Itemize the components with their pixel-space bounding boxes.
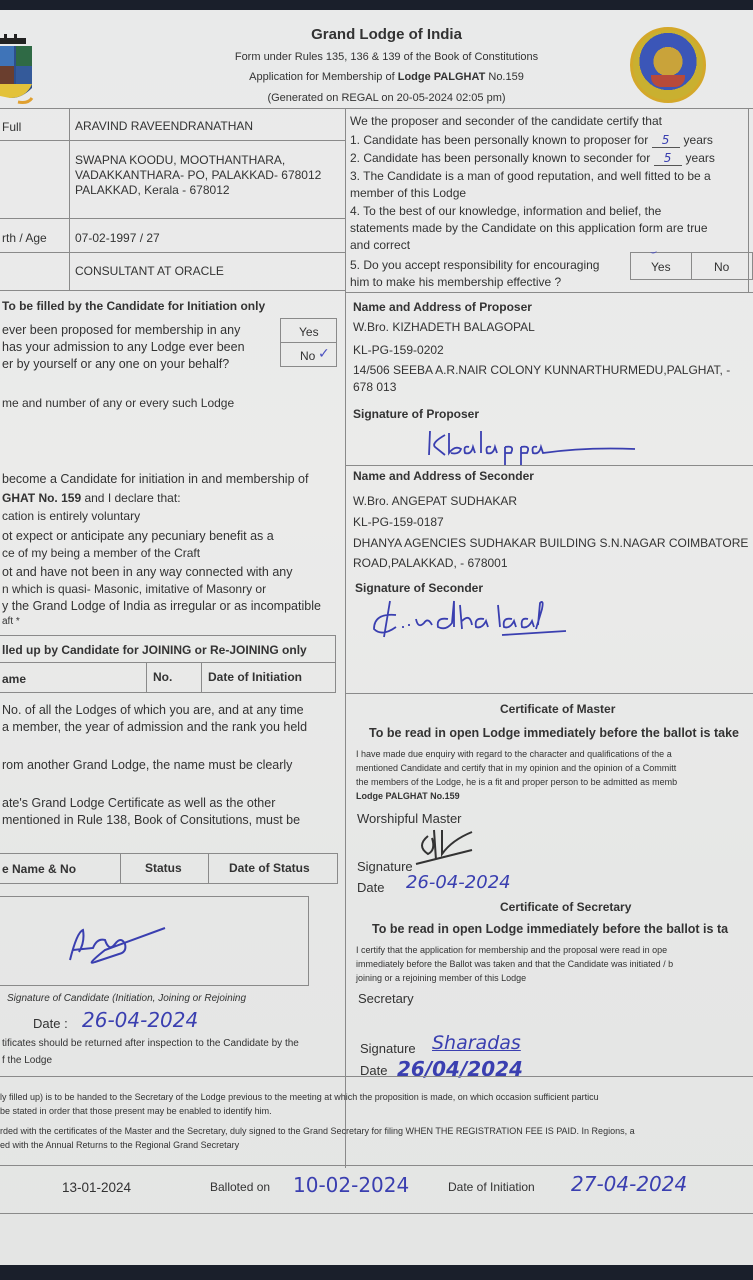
status-col-status: Status xyxy=(145,861,182,875)
seconder-years-value: 5 xyxy=(654,151,682,166)
candidate-address-3: PALAKKAD, Kerala - 678012 xyxy=(75,183,230,197)
master-cert-body-b: mentioned Candidate and certify that in … xyxy=(356,763,676,773)
secretary-cert-body-a: I certify that the application for membe… xyxy=(356,945,667,955)
note-2b: ed with the Annual Returns to the Region… xyxy=(0,1140,239,1150)
proposer-name: W.Bro. KIZHADETH BALAGOPAL xyxy=(353,320,535,334)
secretary-signature-label: Signature xyxy=(360,1041,416,1056)
certify-item-5b: him to make his membership effective ? xyxy=(350,275,561,289)
master-cert-body-c: the members of the Lodge, he is a fit an… xyxy=(356,777,677,787)
balloted-date: 10-02-2024 xyxy=(293,1173,409,1197)
no-check-mark-icon: ✓ xyxy=(318,345,330,362)
master-cert-body-a: I have made due enquiry with regard to t… xyxy=(356,749,672,759)
form-application-line: Application for Membership of Lodge PALG… xyxy=(0,71,753,83)
joining-para-1a: No. of all the Lodges of which you are, … xyxy=(2,703,304,717)
declaration-2b: ce of my being a member of the Craft xyxy=(2,546,200,560)
certify-no-checkbox[interactable]: No xyxy=(691,252,753,280)
name-label: Full xyxy=(2,120,21,134)
candidate-date-label: Date : xyxy=(33,1016,68,1031)
joining-heading: lled up by Candidate for JOINING or Re-J… xyxy=(2,643,307,657)
certify-yes-checkbox[interactable]: Yes xyxy=(630,252,692,280)
candidate-address-1: SWAPNA KOODU, MOOTHANTHARA, xyxy=(75,153,285,167)
master-cert-lodge: Lodge PALGHAT No.159 xyxy=(356,791,460,801)
proposer-years-value: 5 xyxy=(652,133,680,148)
seconder-reg-no: KL-PG-159-0187 xyxy=(353,515,444,529)
certify-item-5a: 5. Do you accept responsibility for enco… xyxy=(350,258,599,272)
master-signature xyxy=(412,810,482,875)
declaration-2a: ot expect or anticipate any pecuniary be… xyxy=(2,529,274,543)
seconder-address-b: ROAD,PALAKKAD, - 678001 xyxy=(353,556,508,570)
candidate-signature xyxy=(65,922,170,972)
status-col-name: e Name & No xyxy=(2,862,76,876)
proposer-heading: Name and Address of Proposer xyxy=(353,300,532,314)
initiation-yes-checkbox[interactable]: Yes xyxy=(280,318,337,343)
candidate-signature-label: Signature of Candidate (Initiation, Join… xyxy=(7,993,246,1004)
note-2a: rded with the certificates of the Master… xyxy=(0,1126,635,1136)
joining-para-3a: ate's Grand Lodge Certificate as well as… xyxy=(2,796,275,810)
candidate-name: ARAVIND RAVEENDRANATHAN xyxy=(75,119,253,133)
secretary-cert-heading: Certificate of Secretary xyxy=(500,900,631,914)
seconder-heading: Name and Address of Seconder xyxy=(353,469,534,483)
initiation-question-b: has your admission to any Lodge ever bee… xyxy=(2,340,245,354)
secretary-cert-body-c: joining or a rejoining member of this Lo… xyxy=(356,973,526,983)
dob-label: rth / Age xyxy=(2,231,47,245)
declaration-3a: ot and have not been in any way connecte… xyxy=(2,565,292,579)
secretary-cert-subheading: To be read in open Lodge immediately bef… xyxy=(372,922,728,936)
note-1b: be stated in order that those present ma… xyxy=(0,1106,272,1116)
previous-lodge-label: me and number of any or every such Lodge xyxy=(2,396,234,410)
declaration-a: become a Candidate for initiation in and… xyxy=(2,472,308,486)
balloted-label: Balloted on xyxy=(210,1180,270,1194)
certify-item-1: 1. Candidate has been personally known t… xyxy=(350,133,713,147)
joining-col-no: No. xyxy=(153,670,172,684)
proposer-address-b: 678 013 xyxy=(353,380,396,394)
joining-para-3b: mentioned in Rule 138, Book of Consituti… xyxy=(2,813,300,827)
status-col-date: Date of Status xyxy=(229,861,310,875)
seconder-address-a: DHANYA AGENCIES SUDHAKAR BUILDING S.N.NA… xyxy=(353,536,748,550)
initiation-date: 27-04-2024 xyxy=(571,1172,687,1196)
initiation-date-label: Date of Initiation xyxy=(448,1180,535,1194)
note-1a: ly filled up) is to be handed to the Sec… xyxy=(0,1092,599,1102)
proposer-reg-no: KL-PG-159-0202 xyxy=(353,343,444,357)
seconder-signature-label: Signature of Seconder xyxy=(355,581,483,595)
candidate-dob-age: 07-02-1997 / 27 xyxy=(75,231,160,245)
declaration-3b: n which is quasi- Masonic, imitative of … xyxy=(2,582,266,596)
certify-item-2: 2. Candidate has been personally known t… xyxy=(350,151,715,165)
master-cert-subheading: To be read in open Lodge immediately bef… xyxy=(369,726,739,740)
return-note-a: tificates should be returned after inspe… xyxy=(2,1038,299,1049)
candidate-occupation: CONSULTANT AT ORACLE xyxy=(75,264,224,278)
certify-item-4a: 4. To the best of our knowledge, informa… xyxy=(350,204,661,218)
proposer-address-a: 14/506 SEEBA A.R.NAIR COLONY KUNNARTHURM… xyxy=(353,363,730,377)
certify-item-3b: member of this Lodge xyxy=(350,186,466,200)
joining-para-2: rom another Grand Lodge, the name must b… xyxy=(2,758,292,772)
secretary-role-label: Secretary xyxy=(358,991,414,1006)
certify-item-3a: 3. The Candidate is a man of good reputa… xyxy=(350,169,711,183)
form-rules-line: Form under Rules 135, 136 & 139 of the B… xyxy=(0,51,753,63)
proposer-signature xyxy=(425,425,640,470)
certify-item-4c: and correct xyxy=(350,238,410,252)
secretary-cert-body-b: immediately before the Ballot was taken … xyxy=(356,959,673,969)
proposed-date: 13-01-2024 xyxy=(62,1180,131,1195)
candidate-address-2: VADAKKANTHARA- PO, PALAKKAD- 678012 xyxy=(75,168,321,182)
return-note-b: f the Lodge xyxy=(2,1055,52,1066)
declaration-3c: y the Grand Lodge of India as irregular … xyxy=(2,599,321,613)
master-date-label: Date xyxy=(357,880,384,895)
secretary-signature: Sharadas xyxy=(432,1032,521,1054)
declaration-1: cation is entirely voluntary xyxy=(2,509,140,523)
application-form: Grand Lodge of India Form under Rules 13… xyxy=(0,10,753,1265)
joining-col-date: Date of Initiation xyxy=(208,670,302,684)
initiation-heading: To be filled by the Candidate for Initia… xyxy=(2,299,265,313)
joining-col-name: ame xyxy=(2,672,26,686)
declaration-b: GHAT No. 159 and I declare that: xyxy=(2,491,181,505)
secretary-date-value: 26/04/2024 xyxy=(397,1057,523,1081)
master-cert-heading: Certificate of Master xyxy=(500,702,615,716)
proposer-signature-label: Signature of Proposer xyxy=(353,407,479,421)
seconder-signature xyxy=(368,595,578,650)
initiation-question-a: ever been proposed for membership in any xyxy=(2,323,240,337)
master-date-value: 26-04-2024 xyxy=(406,872,511,893)
certify-item-4b: statements made by the Candidate on this… xyxy=(350,221,708,235)
declaration-3d: aft * xyxy=(2,616,20,627)
form-generated-line: (Generated on REGAL on 20-05-2024 02:05 … xyxy=(0,92,753,104)
yes-check-mark-icon: ⌣ xyxy=(649,245,658,259)
certify-intro: We the proposer and seconder of the cand… xyxy=(350,114,662,128)
joining-para-1b: a member, the year of admission and the … xyxy=(2,720,307,734)
candidate-date-value: 26-04-2024 xyxy=(82,1008,198,1032)
initiation-question-c: er by yourself or any one on your behalf… xyxy=(2,357,229,371)
form-title: Grand Lodge of India xyxy=(0,26,753,43)
seconder-name: W.Bro. ANGEPAT SUDHAKAR xyxy=(353,494,517,508)
master-signature-label: Signature xyxy=(357,859,413,874)
